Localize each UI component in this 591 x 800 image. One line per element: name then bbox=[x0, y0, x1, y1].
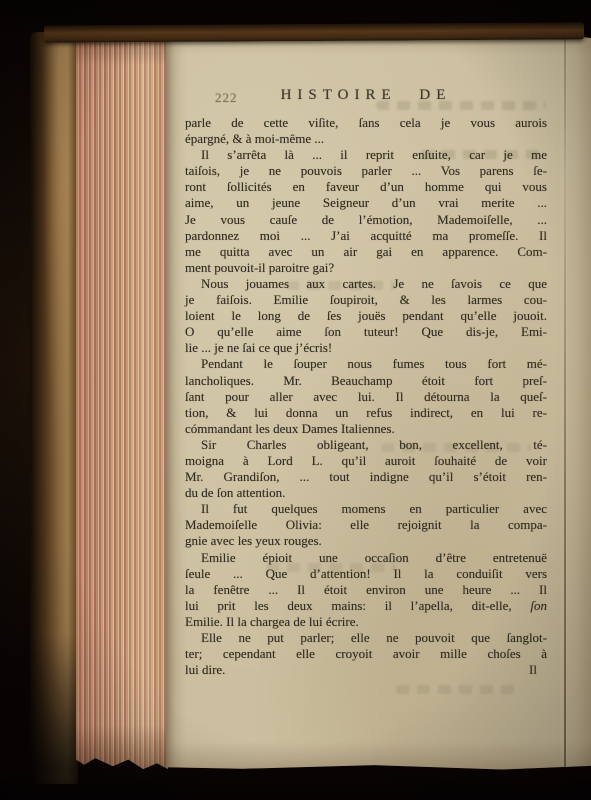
page-fore-edge-stack bbox=[76, 36, 168, 769]
text-line: la fenêtre ... Il étoit environ une heur… bbox=[185, 582, 547, 598]
text-line: Mr. Grandiſon, ... tout indigne qu’il s’… bbox=[185, 469, 547, 485]
text-line: pardonnez moi ... J’ai acquitté ma prome… bbox=[185, 228, 547, 244]
text-line: taiſois, je ne pouvois parler ... Vos pa… bbox=[185, 163, 547, 179]
text-line: Nous jouames aux cartes. Je ne ſavois ce… bbox=[185, 276, 547, 292]
text-line: Il s’arrêta là ... il reprit enſuite, ca… bbox=[185, 147, 547, 163]
book-page: 222 HISTOIRE DE parle de cette viſite, ſ… bbox=[166, 33, 591, 771]
gutter-shade bbox=[566, 33, 591, 771]
text-line: épargné, & à moi-même ... bbox=[185, 131, 547, 147]
text-line: ſant pour aller avec lui. Il détourna la… bbox=[185, 389, 547, 405]
text-line: Il fut quelques momens en particulier av… bbox=[185, 501, 547, 517]
running-title: HISTOIRE DE bbox=[185, 87, 547, 104]
text-line: Je vous cauſe de l’émotion, Mademoiſelle… bbox=[185, 212, 547, 228]
text-line: ment pouvoit-il paroitre gai? bbox=[185, 260, 547, 276]
text-line: gnie avec les yeux rouges. bbox=[185, 533, 547, 549]
text-line: Emilie épioit une occaſion d’être entret… bbox=[185, 550, 547, 566]
text-line: lui dire. bbox=[185, 662, 547, 678]
text-line: ſeule ... Que d’attention! Il la conduiſ… bbox=[185, 566, 547, 582]
text-line: O qu’elle aime ſon tuteur! Que dis-je, E… bbox=[185, 324, 547, 340]
book-photo: 222 HISTOIRE DE parle de cette viſite, ſ… bbox=[0, 0, 591, 800]
text-line: Elle ne put parler; elle ne pouvoit que … bbox=[185, 630, 547, 646]
page-crease bbox=[564, 37, 566, 767]
text-line: Mademoiſelle Olivia: elle rejoignit la c… bbox=[185, 517, 547, 533]
body-text: parle de cette viſite, ſans cela je vous… bbox=[185, 115, 547, 678]
text-line: tion, & lui donna un refus indirect, en … bbox=[185, 405, 547, 421]
text-line: Sir Charles obligeant, bon, excellent, t… bbox=[185, 437, 547, 453]
text-line: je faiſois. Emilie ſoupiroit, & les larm… bbox=[185, 292, 547, 308]
text-line: moigna à Lord L. qu’il auroit ſouhaité d… bbox=[185, 453, 547, 469]
book-cover-top-edge bbox=[44, 22, 584, 42]
text-line: lancholiques. Mr. Beauchamp étoit fort p… bbox=[185, 373, 547, 389]
page-header: 222 HISTOIRE DE bbox=[185, 87, 547, 107]
catchword: Il bbox=[529, 662, 537, 678]
text-line: Emilie. Il la chargea de lui écrire. bbox=[185, 614, 547, 630]
text-line: parle de cette viſite, ſans cela je vous… bbox=[185, 115, 547, 131]
bleed-through-mark bbox=[396, 685, 516, 694]
text-line: loient le long de ſes jouës pendant qu’e… bbox=[185, 308, 547, 324]
text-line: lie ... je ne ſai ce que j’écris! bbox=[185, 340, 547, 356]
text-line: me quitta avec un air gai en apparence. … bbox=[185, 244, 547, 260]
text-line: lui prit les deux mains: il l’apella, di… bbox=[185, 598, 547, 614]
text-line: cómmandant les deux Dames Italiennes. bbox=[185, 421, 547, 437]
text-line: ter; cependant elle croyoit avoir mille … bbox=[185, 646, 547, 662]
text-line: Pendant le ſouper nous fumes tous fort m… bbox=[185, 356, 547, 372]
text-line: ront ſollicités en faveur d’un homme qui… bbox=[185, 179, 547, 195]
text-line: aime, un jeune Seigneur d’un vrai merite… bbox=[185, 195, 547, 211]
book-binding-edge bbox=[30, 32, 78, 784]
text-line: du de ſon attention. bbox=[185, 485, 547, 501]
